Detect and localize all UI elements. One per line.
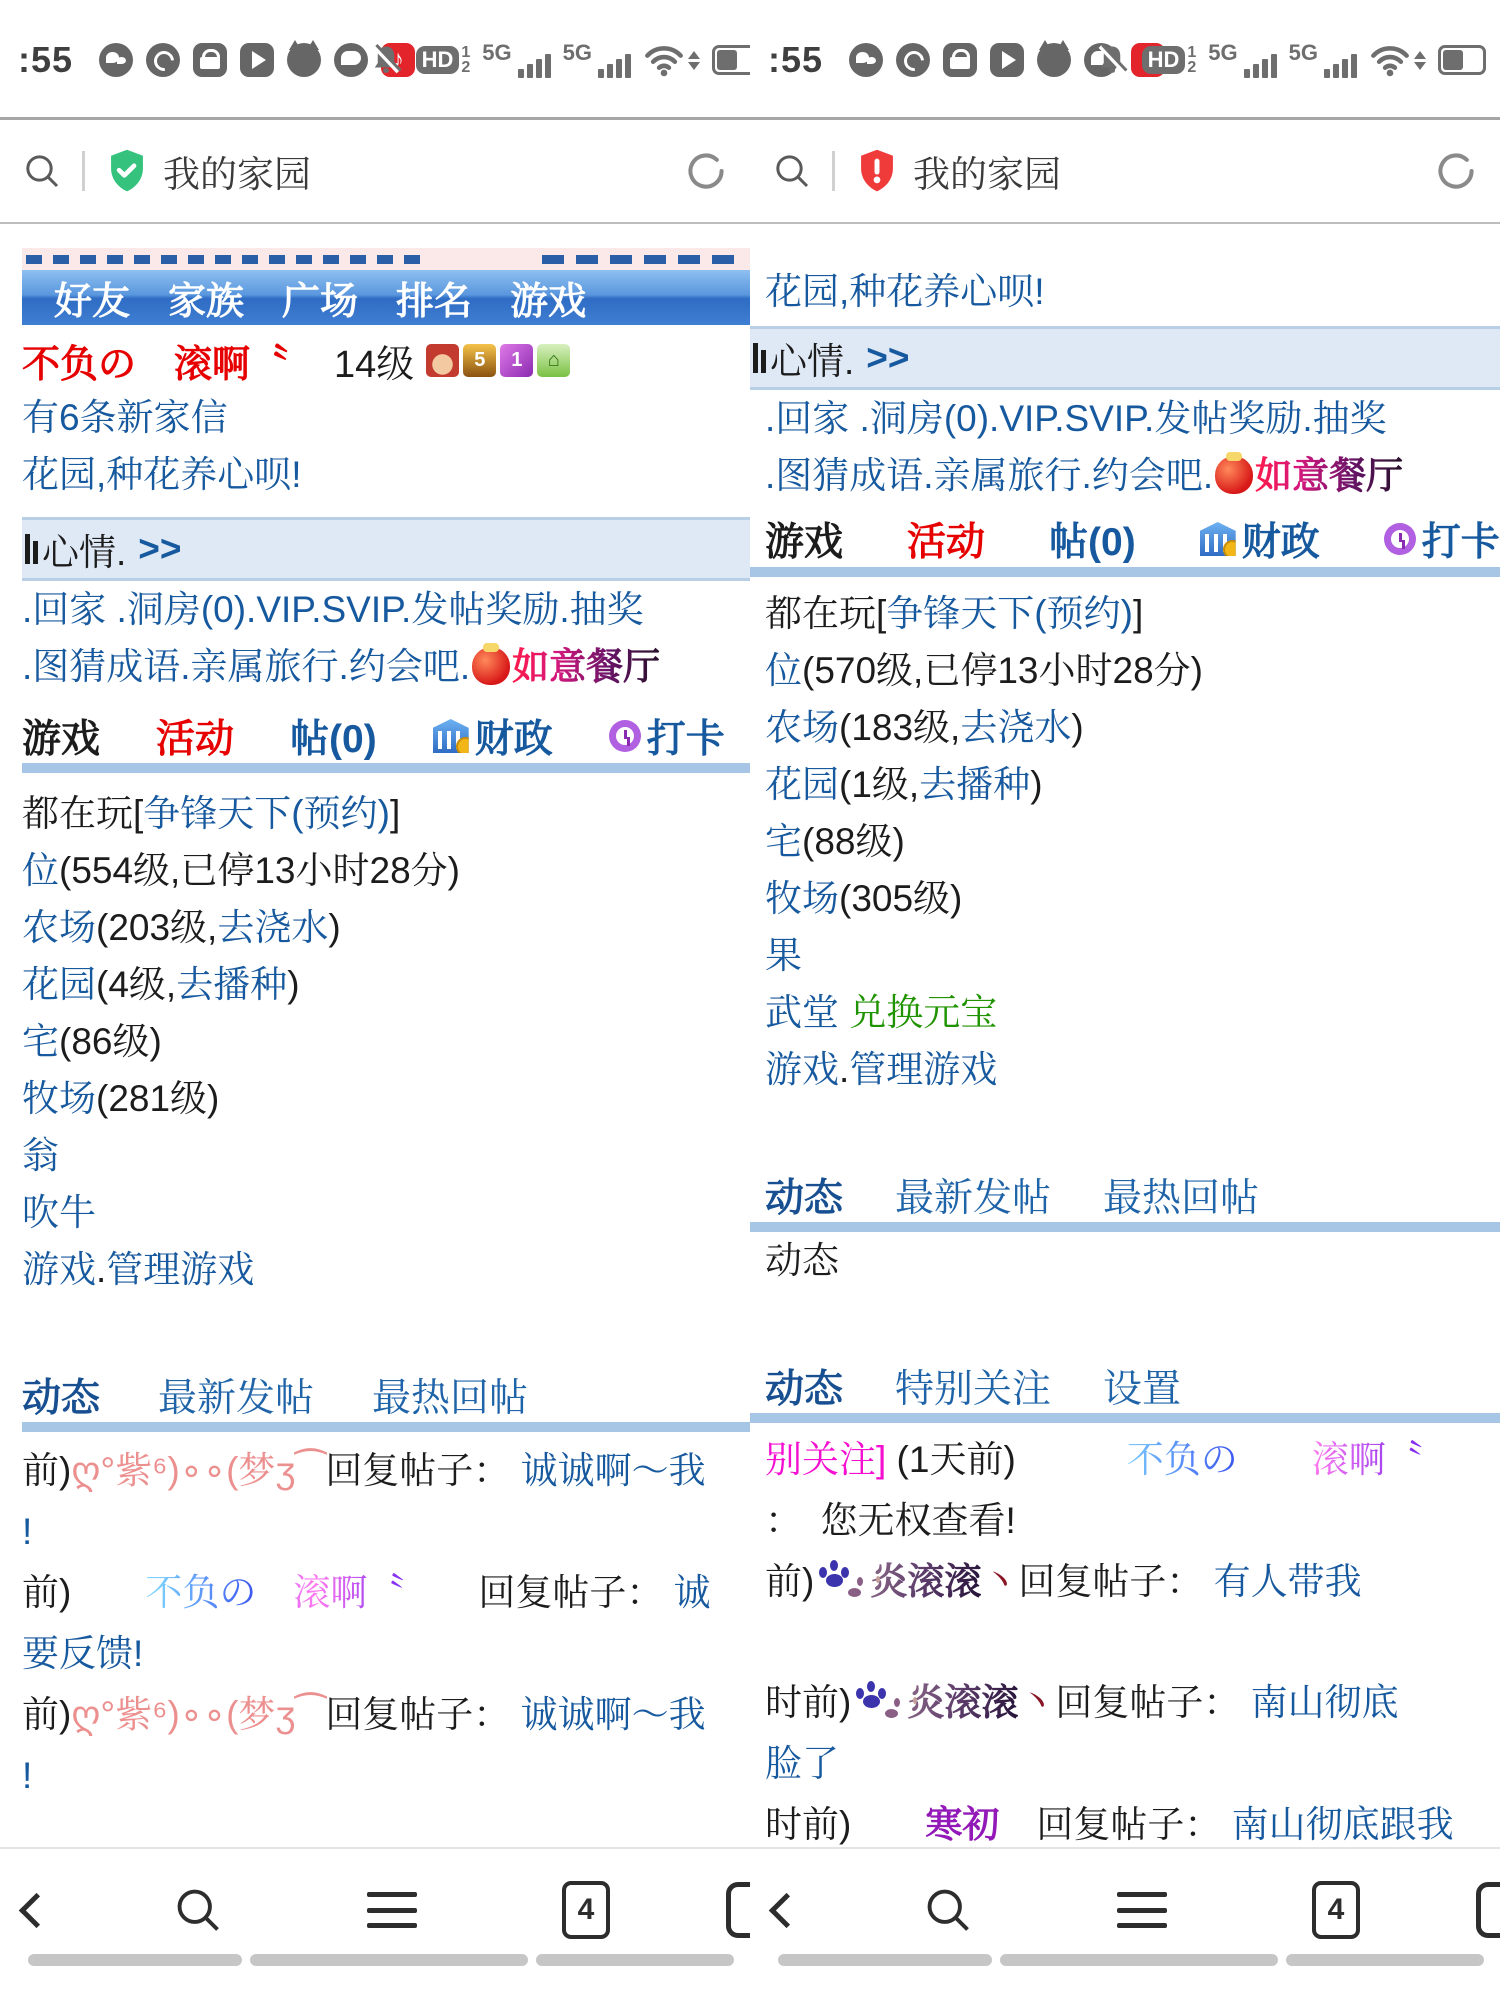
money-pouch-icon [472,647,510,685]
quick-links-text[interactable]: .图猜成语.亲属旅行.约会吧. [22,646,470,687]
5g-signal-icon: 5G [1289,42,1357,78]
feed-post-line[interactable]: ： 您无权查看! [765,1490,1500,1551]
screenshot-right: :55 HD12 5G 5G [750,0,1500,2000]
tab-newest-posts[interactable]: 最新发帖 [158,1367,314,1423]
tab-checkin[interactable]: 打卡 [609,708,725,764]
tab-finance[interactable]: 财政 [1200,511,1320,567]
video-icon [240,43,274,77]
video-icon [990,43,1024,77]
divider [0,1847,750,1849]
tab-activity[interactable]: 活动 [907,511,985,567]
bag-icon [943,43,977,77]
battery-icon [1438,45,1486,75]
bottom-gray-bars [778,1954,1484,1966]
hd-1-2-icon: HD12 [416,45,471,75]
browser-toolbar: 4 [0,1876,750,1944]
feed-post-line[interactable]: 别关注] (1天前) 不负の 滚啊〝 [ [765,1429,1500,1490]
refresh-icon[interactable] [1434,149,1478,193]
quick-links-row-2[interactable]: .图猜成语.亲属旅行.约会吧.如意餐厅 [765,447,1500,504]
garden-tip-link[interactable]: 花园,种花养心呗! [22,446,750,503]
money-pouch-icon [1215,456,1253,494]
bank-icon [433,719,469,753]
tab-posts[interactable]: 帖(0) [290,708,377,764]
page-title[interactable]: 我的家园 [913,144,1061,198]
tab-feed[interactable]: 动态 [765,1167,843,1223]
feed-post-line[interactable]: 要反馈! [22,1623,750,1684]
hd-1-2-icon: HD12 [1142,45,1197,75]
list-item[interactable]: 位(570级,已停13小时28分) [765,642,1500,699]
section-divider [750,567,1500,577]
mute-bell-icon [1094,42,1130,78]
nav-item-friends[interactable]: 好友 [54,270,130,325]
search-icon[interactable] [772,151,812,191]
user-level: 14级 [334,333,414,388]
tab-checkin[interactable]: 打卡 [1384,511,1500,567]
feed-post-line[interactable]: 时前)炎滚滚丶回复帖子： 南山彻底 [765,1672,1500,1733]
tab-games[interactable]: 游戏 [22,708,100,764]
search-icon[interactable] [22,151,62,191]
menu-button[interactable] [362,1876,422,1944]
mute-bell-icon [368,42,404,78]
feed-posts: 前)ღ°紫⁶)∘∘(梦ʒ⁀回复帖子： 诚诚啊～我 ! 前) 不负の 滚啊〝 回复… [22,1440,750,1806]
bottom-gray-bars [28,1954,734,1966]
section-divider [750,1222,1500,1232]
list-item[interactable]: 果 [765,927,1500,984]
list-item[interactable]: 武堂 兑换元宝 [765,984,1500,1041]
tab-games[interactable]: 游戏 [765,511,843,567]
mood-more-link[interactable]: >> [866,337,909,379]
address-bar[interactable]: 我的家园 [750,117,1500,224]
feed-post-line[interactable]: 前)ღ°紫⁶)∘∘(梦ʒ⁀回复帖子： 诚诚啊～我 [22,1440,750,1501]
user-nickname[interactable]: 不负の 滚啊〝 [22,333,288,388]
tab-posts[interactable]: 帖(0) [1049,511,1136,567]
tabs-button[interactable]: 4 [1306,1876,1366,1944]
tab-feed[interactable]: 动态 [765,1358,843,1414]
alarm-clock-icon [1384,523,1416,555]
feed-post-line[interactable]: ! [22,1501,750,1562]
window-button[interactable] [724,1876,750,1944]
bank-icon [1200,522,1236,556]
restaurant-link[interactable]: 如意餐厅 [512,646,660,687]
paw-prints-icon [814,1558,870,1602]
gem1-badge [500,344,533,377]
status-bar: :55 HD12 5G 5G [750,28,1500,92]
status-right-icons: HD12 5G 5G [368,28,750,92]
address-bar[interactable]: 我的家园 [0,117,750,224]
hat-badge [426,344,459,377]
window-button[interactable] [1474,1876,1500,1944]
list-item[interactable]: 农场(183级,去浇水) [765,699,1500,756]
5g-signal-icon: 5G [563,42,631,78]
feed-post-line[interactable]: 前)炎滚滚丶回复帖子： 有人带我 [765,1551,1500,1612]
chat-icon [334,43,368,77]
alarm-clock-icon [609,720,641,752]
feed-post-line[interactable]: 前)ღ°紫⁶)∘∘(梦ʒ⁀回复帖子： 诚诚啊～我 [22,1684,750,1745]
feed-post-line[interactable]: 前) 不负の 滚啊〝 回复帖子： 诚 [22,1562,750,1623]
nav-item-ranking[interactable]: 排名 [396,270,472,325]
compass-icon [146,43,180,77]
5g-signal-icon: 5G [1208,42,1276,78]
status-right-icons: HD12 5G 5G [1094,28,1486,92]
mood-label: 心情. [42,522,126,576]
refresh-icon[interactable] [684,149,728,193]
user-row: 不负の 滚啊〝 14级 [22,331,750,389]
tabs-button[interactable]: 4 [556,1876,616,1944]
house-badge [537,344,570,377]
divider [750,1847,1500,1849]
new-mail-link[interactable]: 有6条新家信 [22,389,750,446]
tab-newest-posts[interactable]: 最新发帖 [895,1167,1051,1223]
section-divider [750,1413,1500,1423]
section-divider [22,763,750,773]
list-item[interactable]: 翁 [22,1127,750,1184]
clipped-banner [22,248,750,270]
feed-post-line[interactable]: ! [22,1745,750,1806]
tab-settings[interactable]: 设置 [1103,1358,1181,1414]
tab-hottest-replies[interactable]: 最热回帖 [1103,1167,1259,1223]
browser-toolbar: 4 [750,1876,1500,1944]
5g-signal-icon: 5G [482,42,550,78]
game-list: 都在玩[争锋天下(预约)] 位(554级,已停13小时28分) 农场(203级,… [22,785,750,1298]
list-item[interactable]: 都在玩[争锋天下(预约)] [22,785,750,842]
status-bar: :55 HD12 5G 5G [0,28,750,92]
list-item[interactable]: 位(554级,已停13小时28分) [22,842,750,899]
garden-tip-link[interactable]: 花园,种花养心呗! [765,263,1500,320]
quick-links-text[interactable]: .图猜成语.亲属旅行.约会吧. [765,455,1213,496]
list-item[interactable]: 农场(203级,去浇水) [22,899,750,956]
list-item[interactable]: 花园(4级,去播种) [22,956,750,1013]
mood-label: 心情. [770,331,854,385]
paw-prints-icon [851,1679,907,1723]
feed-post-line[interactable]: 脸了 [765,1733,1500,1794]
webpage-content: 花园,种花养心呗! 心情. >> .回家 .洞房(0).VIP.SVIP.发帖奖… [750,222,1500,1855]
nav-item-games[interactable]: 游戏 [510,270,586,325]
compass-icon [896,43,930,77]
cat-icon [287,43,321,77]
mood-bar[interactable]: 心情. >> [750,326,1500,390]
list-item[interactable]: 宅(86级) [22,1013,750,1070]
tab-activity[interactable]: 活动 [156,708,234,764]
list-item[interactable]: 都在玩[争锋天下(预约)] [765,585,1500,642]
section-divider [22,1422,750,1432]
tab-count: 4 [1312,1881,1360,1939]
webpage-content: 好友 家族 广场 排名 游戏 不负の 滚啊〝 14级 有6条新家信 花园,种花养… [0,222,750,1806]
search-button[interactable] [918,1876,978,1944]
restaurant-link[interactable]: 如意餐厅 [1255,455,1403,496]
menu-button[interactable] [1112,1876,1172,1944]
tab-finance[interactable]: 财政 [433,708,553,764]
nav-item-plaza[interactable]: 广场 [282,270,358,325]
bag-icon [193,43,227,77]
tab-hottest-replies[interactable]: 最热回帖 [372,1367,528,1423]
battery-icon [712,45,750,75]
two-phone-screenshots: :55 HD12 5G 5G [0,0,1500,2000]
quick-links-row-1[interactable]: .回家 .洞房(0).VIP.SVIP.发帖奖励.抽奖 [22,581,750,638]
game-tab-row: 游戏 活动 帖(0) 财政 打卡 [765,514,1500,564]
feed-tab-row: 动态 最新发帖 最热回帖 [22,1370,750,1420]
clipped-glyph [750,340,766,376]
list-item[interactable]: 花园(1级,去播种) [765,756,1500,813]
screenshot-left: :55 HD12 5G 5G [0,0,750,2000]
alert-shield-icon [855,148,899,194]
tab-feed[interactable]: 动态 [22,1367,100,1423]
list-item[interactable]: 游戏.管理游戏 [765,1041,1500,1098]
mood-more-link[interactable]: >> [138,528,181,570]
divider [82,151,85,191]
feed-tab-row: 动态 最新发帖 最热回帖 [765,1170,1500,1220]
list-item[interactable]: 宅(88级) [765,813,1500,870]
user-badges [426,344,570,377]
clock-time: :55 [768,39,823,81]
page-title[interactable]: 我的家园 [163,144,311,198]
wifi-updown-icon [1369,42,1426,78]
game-tab-row: 游戏 活动 帖(0) 财政 打卡 [22,711,750,761]
back-button[interactable] [756,1876,816,1944]
nav-item-family[interactable]: 家族 [168,270,244,325]
feed-post-line[interactable]: 时前) 寒初 回复帖子： 南山彻底跟我 [765,1794,1500,1855]
wechat-icon [849,43,883,77]
wechat-icon [99,43,133,77]
search-button[interactable] [168,1876,228,1944]
list-item[interactable]: 牧场(305级) [765,870,1500,927]
wifi-updown-icon [643,42,700,78]
feed-tab-row-2: 动态 特别关注 设置 [765,1361,1500,1411]
divider [832,151,835,191]
secure-shield-icon [105,148,149,194]
level5-badge [463,344,496,377]
tab-count: 4 [562,1881,610,1939]
clock-time: :55 [18,39,73,81]
feed-empty-label: 动态 [765,1232,1500,1289]
cat-icon [1037,43,1071,77]
feed-posts: 别关注] (1天前) 不负の 滚啊〝 [ ： 您无权查看! 前)炎滚滚丶回复帖子… [765,1429,1500,1855]
mood-bar[interactable]: 心情. >> [22,517,750,581]
list-item[interactable]: 游戏.管理游戏 [22,1241,750,1298]
site-nav-bar: 好友 家族 广场 排名 游戏 [22,270,750,325]
clipped-glyph [22,531,38,567]
quick-links-row-1[interactable]: .回家 .洞房(0).VIP.SVIP.发帖奖励.抽奖 [765,390,1500,447]
game-list: 都在玩[争锋天下(预约)] 位(570级,已停13小时28分) 农场(183级,… [765,585,1500,1098]
list-item[interactable]: 吹牛 [22,1184,750,1241]
back-button[interactable] [6,1876,66,1944]
tab-special-follow[interactable]: 特别关注 [895,1358,1051,1414]
list-item[interactable]: 牧场(281级) [22,1070,750,1127]
quick-links-row-2[interactable]: .图猜成语.亲属旅行.约会吧.如意餐厅 [22,638,750,695]
